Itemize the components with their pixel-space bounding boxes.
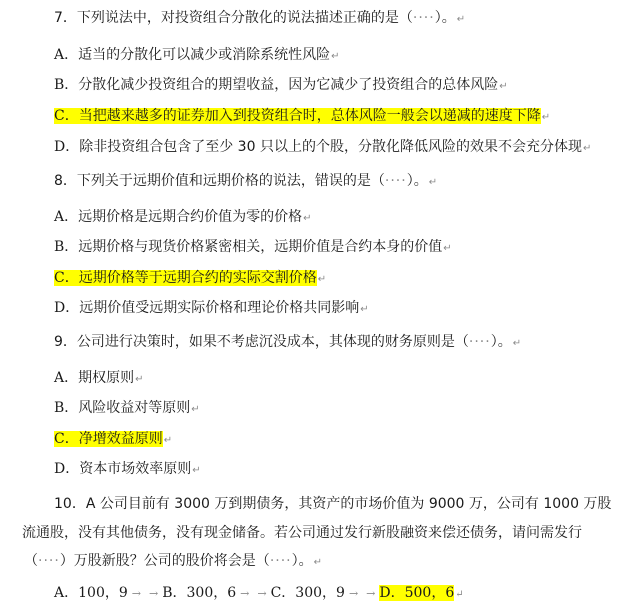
paragraph-mark-icon: ↵ bbox=[331, 51, 339, 62]
paragraph-mark-icon: ↵ bbox=[499, 81, 507, 92]
q9-option-a: A．期权原则↵ bbox=[54, 368, 144, 388]
question-text: 9．公司进行决策时，如果不考虑沉没成本，其体现的财务原则是（ bbox=[54, 334, 469, 350]
option-text: 远期价格等于远期合约的实际交割价格 bbox=[79, 270, 317, 286]
q8-option-c-correct: C．远期价格等于远期合约的实际交割价格↵ bbox=[54, 268, 326, 288]
option-text: 当把越来越多的证券加入到投资组合时，总体风险一般会以递减的速度下降 bbox=[79, 108, 541, 124]
paragraph-mark-icon: ↵ bbox=[583, 143, 591, 154]
option-label: D． bbox=[379, 585, 404, 601]
tab-arrow-icon: → bbox=[132, 587, 141, 600]
q9-option-c-correct: C．净增效益原则↵ bbox=[54, 429, 172, 449]
option-label: D． bbox=[54, 461, 79, 477]
question-text-end: ）。 bbox=[435, 10, 456, 26]
option-label: A． bbox=[54, 47, 78, 63]
option-label: D． bbox=[54, 139, 79, 155]
q8-option-d: D．远期价值受远期实际价格和理论价格共同影响↵ bbox=[54, 298, 369, 318]
tab-arrow-icon: → bbox=[257, 587, 266, 600]
question-text: 7．下列说法中，对投资组合分散化的说法描述正确的是（ bbox=[54, 10, 413, 26]
paragraph-mark-icon: ↵ bbox=[192, 465, 200, 476]
option-text: 资本市场效率原则 bbox=[79, 461, 191, 477]
option-label: C． bbox=[54, 270, 79, 286]
answer-blank: ···· bbox=[385, 173, 407, 189]
highlighted-answer: C．远期价格等于远期合约的实际交割价格 bbox=[54, 270, 317, 286]
option-text: 500，6 bbox=[405, 585, 455, 601]
q7-option-c-correct: C．当把越来越多的证券加入到投资组合时，总体风险一般会以递减的速度下降↵ bbox=[54, 106, 550, 126]
paragraph-mark-icon: ↵ bbox=[164, 435, 172, 446]
paragraph-mark-icon: ↵ bbox=[513, 338, 521, 349]
paragraph-mark-icon: ↵ bbox=[457, 14, 465, 25]
q10-option-d-correct: D．500，6 bbox=[379, 585, 454, 601]
q10-option-c: C．300，9 bbox=[271, 585, 345, 601]
paragraph-mark-icon: ↵ bbox=[314, 557, 322, 568]
option-label: A． bbox=[54, 209, 78, 225]
paragraph-mark-icon: ↵ bbox=[542, 112, 550, 123]
question-text: ）万股新股？公司的股价将会是（ bbox=[60, 553, 270, 569]
option-text: 分散化减少投资组合的期望收益，因为它减少了投资组合的总体风险 bbox=[78, 77, 498, 93]
question-text: （ bbox=[24, 553, 38, 569]
question-10-line-2: 流通股，没有其他债务，没有现金储备。若公司通过发行新股融资来偿还债务，请问需发行 bbox=[22, 523, 582, 543]
option-label: B． bbox=[54, 400, 78, 416]
paragraph-mark-icon: ↵ bbox=[303, 213, 311, 224]
question-10-line-3: （····）万股新股？公司的股价将会是（····）。↵ bbox=[24, 551, 322, 571]
paragraph-mark-icon: ↵ bbox=[429, 177, 437, 188]
paragraph-mark-icon: ↵ bbox=[443, 243, 451, 254]
option-text: 风险收益对等原则 bbox=[78, 400, 190, 416]
paragraph-mark-icon: ↵ bbox=[360, 304, 368, 315]
option-text: 远期价格与现货价格紧密相关，远期价值是合约本身的价值 bbox=[78, 239, 442, 255]
answer-blank: ···· bbox=[270, 553, 292, 569]
option-text: 除非投资组合包含了至少 30 只以上的个股，分散化降低风险的效果不会充分体现 bbox=[79, 139, 582, 155]
highlighted-answer: C．净增效益原则 bbox=[54, 431, 163, 447]
q7-option-a: A．适当的分散化可以减少或消除系统性风险↵ bbox=[54, 45, 340, 65]
question-text-end: ）。 bbox=[407, 173, 428, 189]
paragraph-mark-icon: ↵ bbox=[191, 404, 199, 415]
q10-option-b: B．300，6 bbox=[162, 585, 236, 601]
paragraph-mark-icon: ↵ bbox=[455, 589, 463, 600]
option-label: B． bbox=[162, 585, 186, 601]
question-9-stem: 9．公司进行决策时，如果不考虑沉没成本，其体现的财务原则是（····）。↵ bbox=[54, 332, 521, 352]
option-label: B． bbox=[54, 239, 78, 255]
option-text: 适当的分散化可以减少或消除系统性风险 bbox=[78, 47, 330, 63]
tab-arrow-icon: → bbox=[149, 587, 158, 600]
option-text: 远期价格是远期合约价值为零的价格 bbox=[78, 209, 302, 225]
q9-option-b: B．风险收益对等原则↵ bbox=[54, 398, 200, 418]
option-text: 期权原则 bbox=[78, 370, 134, 386]
option-label: B． bbox=[54, 77, 78, 93]
option-text: 300，9 bbox=[295, 585, 345, 601]
option-label: A． bbox=[54, 370, 78, 386]
q9-option-d: D．资本市场效率原则↵ bbox=[54, 459, 201, 479]
q8-option-b: B．远期价格与现货价格紧密相关，远期价值是合约本身的价值↵ bbox=[54, 237, 452, 257]
question-text: 流通股，没有其他债务，没有现金储备。若公司通过发行新股融资来偿还债务，请问需发行 bbox=[22, 525, 582, 541]
tab-arrow-icon: → bbox=[349, 587, 358, 600]
question-10-line-1: 10．A 公司目前有 3000 万到期债务，其资产的市场价值为 9000 万，公… bbox=[54, 494, 611, 514]
q7-option-d: D．除非投资组合包含了至少 30 只以上的个股，分散化降低风险的效果不会充分体现… bbox=[54, 137, 591, 157]
tab-arrow-icon: → bbox=[366, 587, 375, 600]
q8-option-a: A．远期价格是远期合约价值为零的价格↵ bbox=[54, 207, 312, 227]
question-7-stem: 7．下列说法中，对投资组合分散化的说法描述正确的是（····）。↵ bbox=[54, 8, 465, 28]
option-label: A． bbox=[54, 585, 78, 601]
q10-options-row: A．100，9→→B．300，6→→C．300，9→→D．500，6↵ bbox=[54, 583, 464, 603]
option-text: 远期价值受远期实际价格和理论价格共同影响 bbox=[79, 300, 359, 316]
option-label: C． bbox=[54, 431, 79, 447]
question-text-end: ）。 bbox=[292, 553, 313, 569]
answer-blank: ···· bbox=[413, 10, 435, 26]
option-label: C． bbox=[271, 585, 296, 601]
option-text: 300，6 bbox=[187, 585, 237, 601]
answer-blank: ···· bbox=[469, 334, 491, 350]
option-label: C． bbox=[54, 108, 79, 124]
answer-blank: ···· bbox=[38, 553, 60, 569]
question-text: 10．A 公司目前有 3000 万到期债务，其资产的市场价值为 9000 万，公… bbox=[54, 496, 611, 512]
question-8-stem: 8．下列关于远期价值和远期价格的说法，错误的是（····）。↵ bbox=[54, 171, 437, 191]
highlighted-answer: C．当把越来越多的证券加入到投资组合时，总体风险一般会以递减的速度下降 bbox=[54, 108, 541, 124]
tab-arrow-icon: → bbox=[240, 587, 249, 600]
option-text: 净增效益原则 bbox=[79, 431, 163, 447]
q7-option-b: B．分散化减少投资组合的期望收益，因为它减少了投资组合的总体风险↵ bbox=[54, 75, 508, 95]
option-label: D． bbox=[54, 300, 79, 316]
option-text: 100，9 bbox=[78, 585, 128, 601]
question-text-end: ）。 bbox=[491, 334, 512, 350]
paragraph-mark-icon: ↵ bbox=[318, 274, 326, 285]
q10-option-a: A．100，9 bbox=[54, 585, 128, 601]
question-text: 8．下列关于远期价值和远期价格的说法，错误的是（ bbox=[54, 173, 385, 189]
paragraph-mark-icon: ↵ bbox=[135, 374, 143, 385]
